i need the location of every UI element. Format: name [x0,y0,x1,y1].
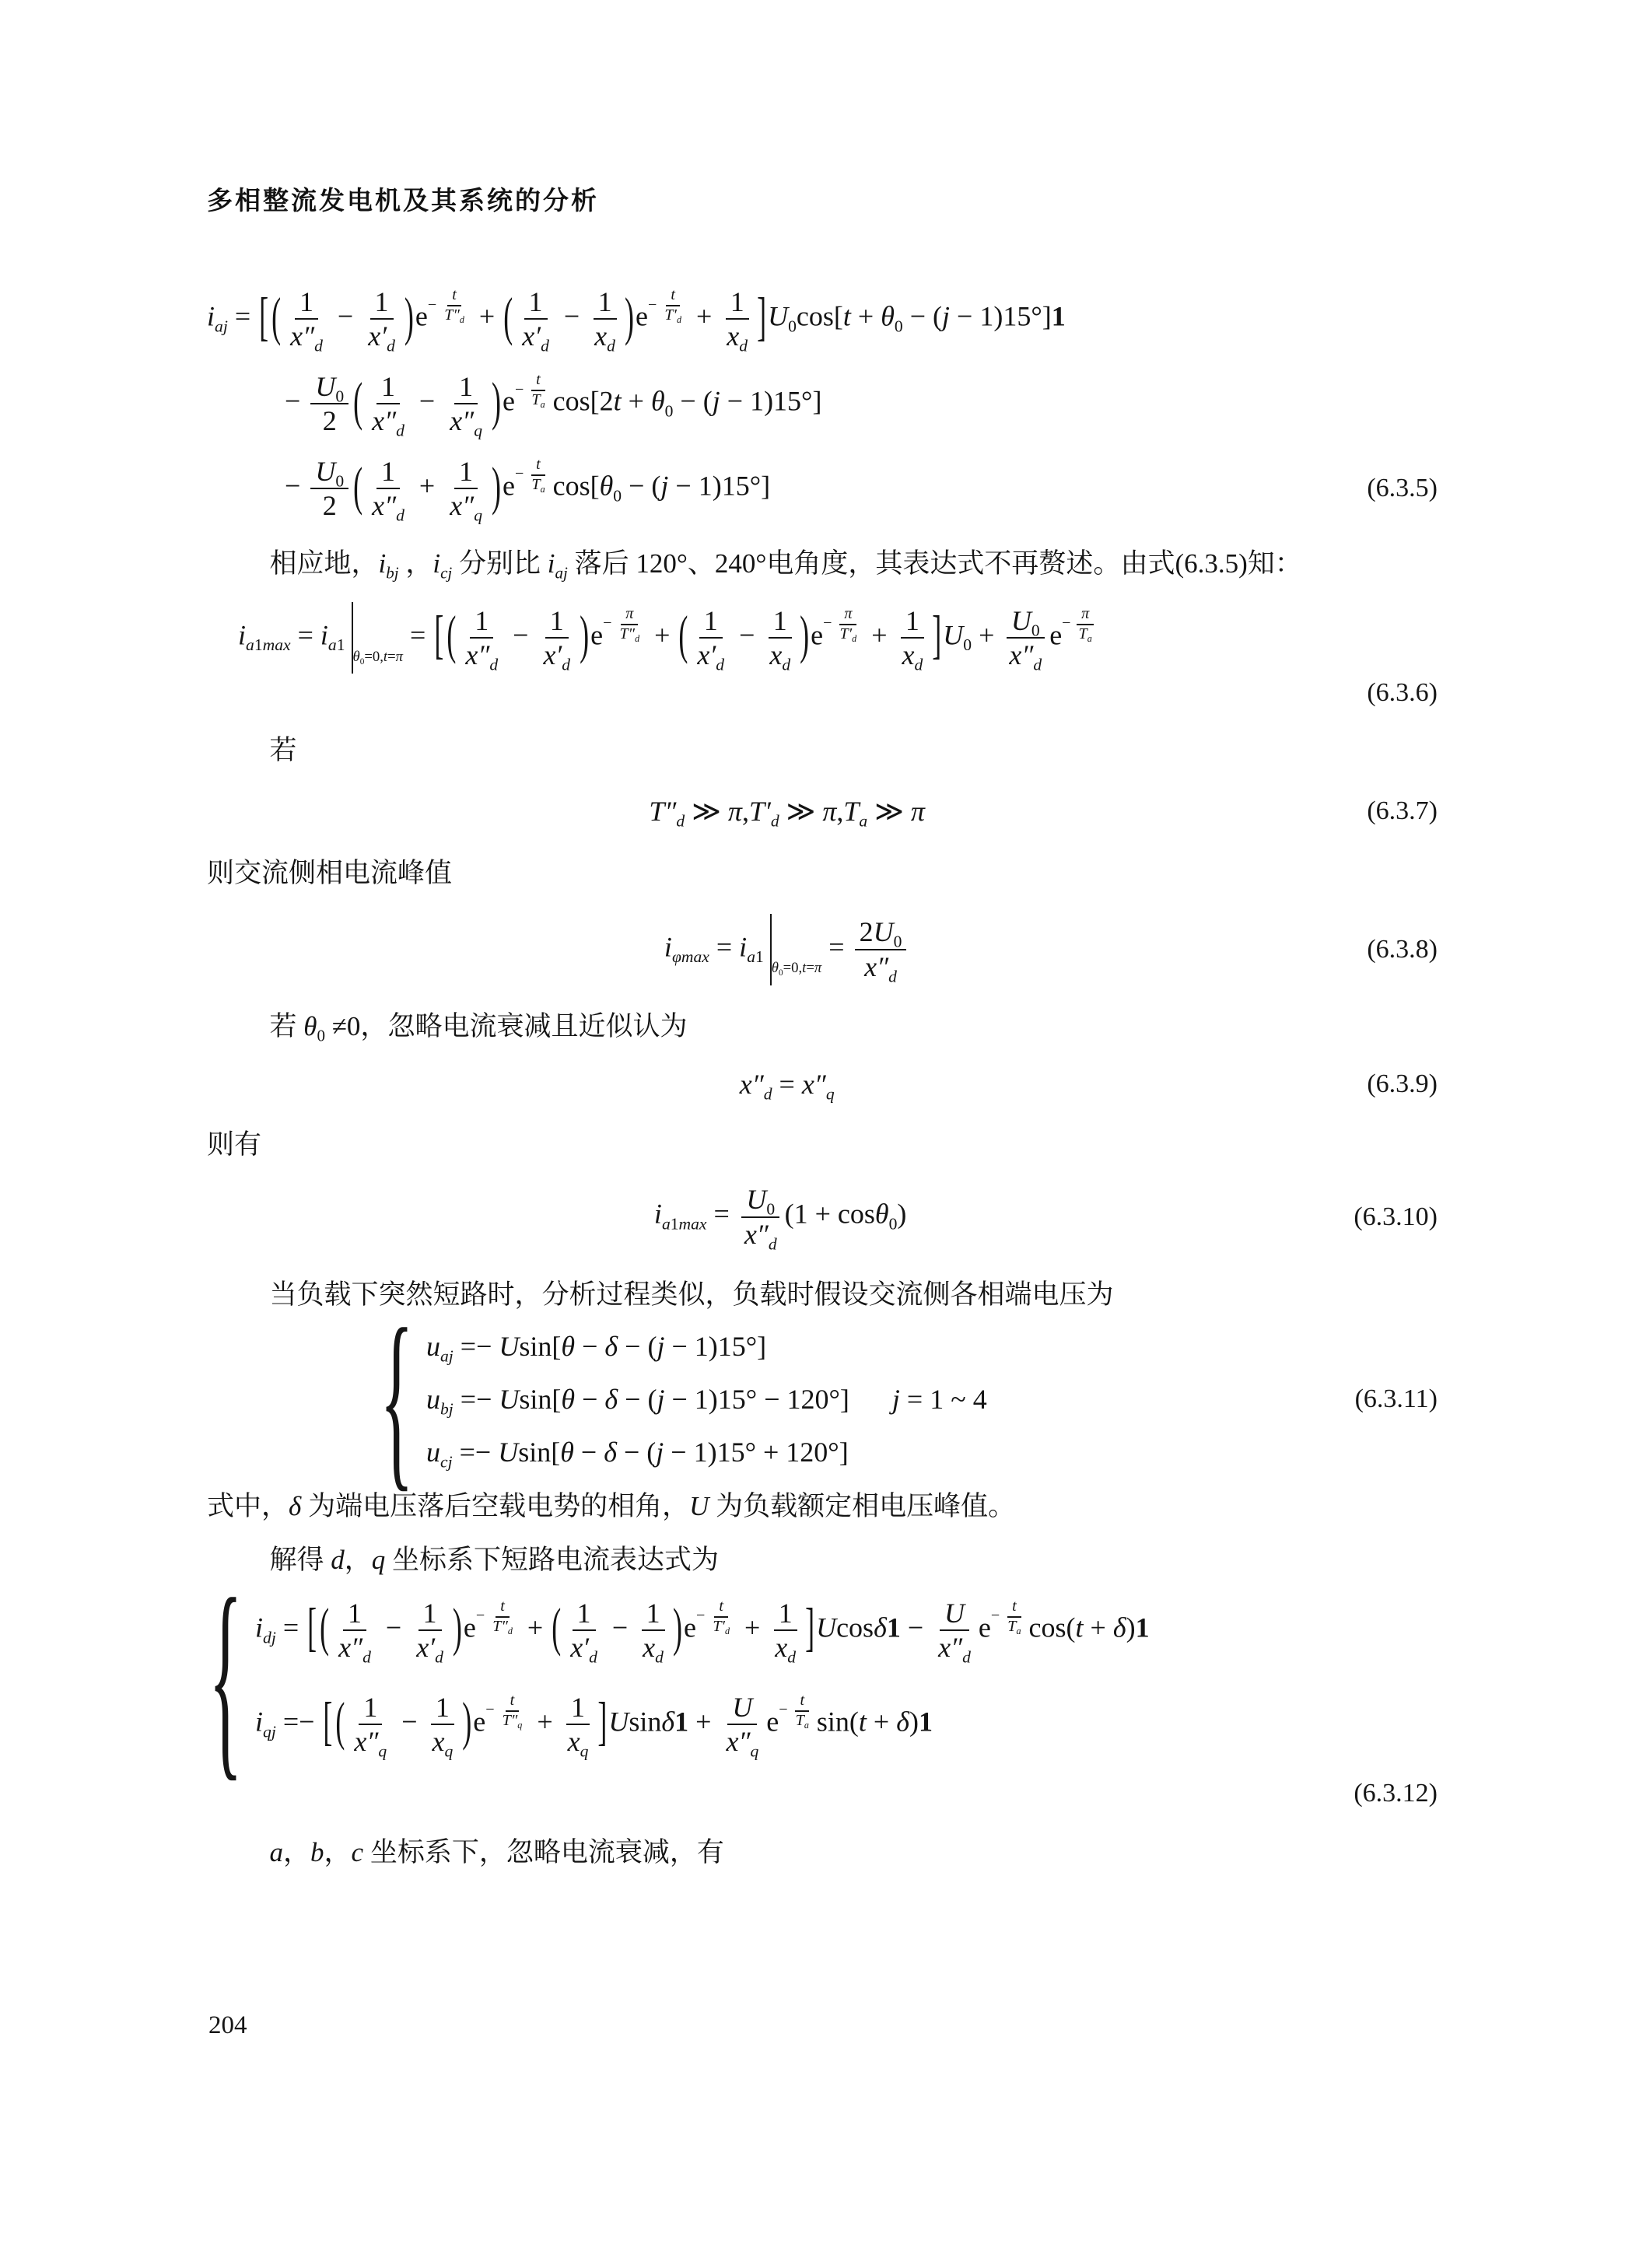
equation-6-3-12: { idj = [(1x″d − 1x′d)e−tT″d + (1x′d − 1… [207,1597,1438,1808]
paragraph: 则有 [207,1124,1438,1166]
equation-label: (6.3.12) [1354,1779,1438,1808]
equation-line: iφmax = ia1θ0=0,t=π = 2U0x″d [664,914,909,985]
paragraph: 解得 d，q 坐标系下短路电流表达式为 [207,1539,1438,1581]
equation-6-3-10: ia1max = U0x″d(1 + cosθ0) (6.3.10) [207,1183,1438,1251]
equation-label: (6.3.8) [1367,935,1438,964]
equation-line: ia1max = ia1θ0=0,t=π = [(1x″d − 1x′d)e−π… [238,602,1438,674]
equation-label: (6.3.6) [1367,678,1438,707]
system-brace: { [380,1300,413,1499]
equation-6-3-11: { uaj =− Usin[θ − δ − (j − 1)15°] ubj =−… [207,1330,1438,1468]
paragraph: 相应地，ibj ，icj 分别比 iaj 落后 120°、240°电角度，其表达… [207,543,1438,585]
running-head: 多相整流发电机及其系统的分析 [207,180,1438,217]
equation-6-3-8: iφmax = ia1θ0=0,t=π = 2U0x″d (6.3.8) [207,914,1438,985]
page-content: 多相整流发电机及其系统的分析 iaj = [(1x″d − 1x′d)e−tT″… [207,180,1438,1874]
equation-line: iqj =− [(1x″q − 1xq)e−tT″q + 1xq]Usinδ1 … [255,1691,1150,1759]
equation-line: ubj =− Usin[θ − δ − (j − 1)15° − 120°] [426,1383,849,1416]
equation-condition: j = 1 ~ 4 [892,1383,987,1416]
equation-6-3-5: iaj = [(1x″d − 1x′d)e−tT″d + (1x′d − 1xd… [207,285,1438,523]
equation-label: (6.3.5) [1367,474,1438,503]
equation-6-3-9: x″d = x″q (6.3.9) [207,1068,1438,1101]
equation-6-3-7: T″d ≫ π,T′d ≫ π,Ta ≫ π (6.3.7) [207,795,1438,828]
book-page: 多相整流发电机及其系统的分析 iaj = [(1x″d − 1x′d)e−tT″… [0,0,1625,2268]
equation-line: − U02(1x″d + 1x″q)e−tTacos[θ0 − (j − 1)1… [285,455,770,523]
equation-line: x″d = x″q [740,1068,835,1101]
equation-label: (6.3.9) [1367,1069,1438,1099]
equation-label: (6.3.11) [1355,1384,1438,1414]
equation-6-3-6: ia1max = ia1θ0=0,t=π = [(1x″d − 1x′d)e−π… [207,602,1438,708]
equation-line: − U02(1x″d − 1x″q)e−tTacos[2t + θ0 − (j … [285,370,1438,438]
equation-label: (6.3.10) [1354,1202,1438,1232]
equation-line: uaj =− Usin[θ − δ − (j − 1)15°] [426,1330,849,1363]
equation-line: ucj =− Usin[θ − δ − (j − 1)15° + 120°] [426,1436,849,1468]
paragraph: 若 [207,730,1438,772]
paragraph: 则交流侧相电流峰值 [207,852,1438,894]
equation-line: idj = [(1x″d − 1x′d)e−tT″d + (1x′d − 1xd… [255,1597,1150,1664]
page-number: 204 [208,2011,247,2040]
equation-line: iaj = [(1x″d − 1x′d)e−tT″d + (1x′d − 1xd… [207,285,1438,353]
equation-label: (6.3.7) [1367,796,1438,826]
equation-line: ia1max = U0x″d(1 + cosθ0) [654,1183,906,1251]
paragraph: 若 θ0 ≠0，忽略电流衰减且近似认为 [207,1006,1438,1048]
equation-line: T″d ≫ π,T′d ≫ π,Ta ≫ π [649,795,925,828]
system-brace: { [208,1566,242,1788]
paragraph: a，b，c 坐标系下，忽略电流衰减，有 [207,1832,1438,1874]
